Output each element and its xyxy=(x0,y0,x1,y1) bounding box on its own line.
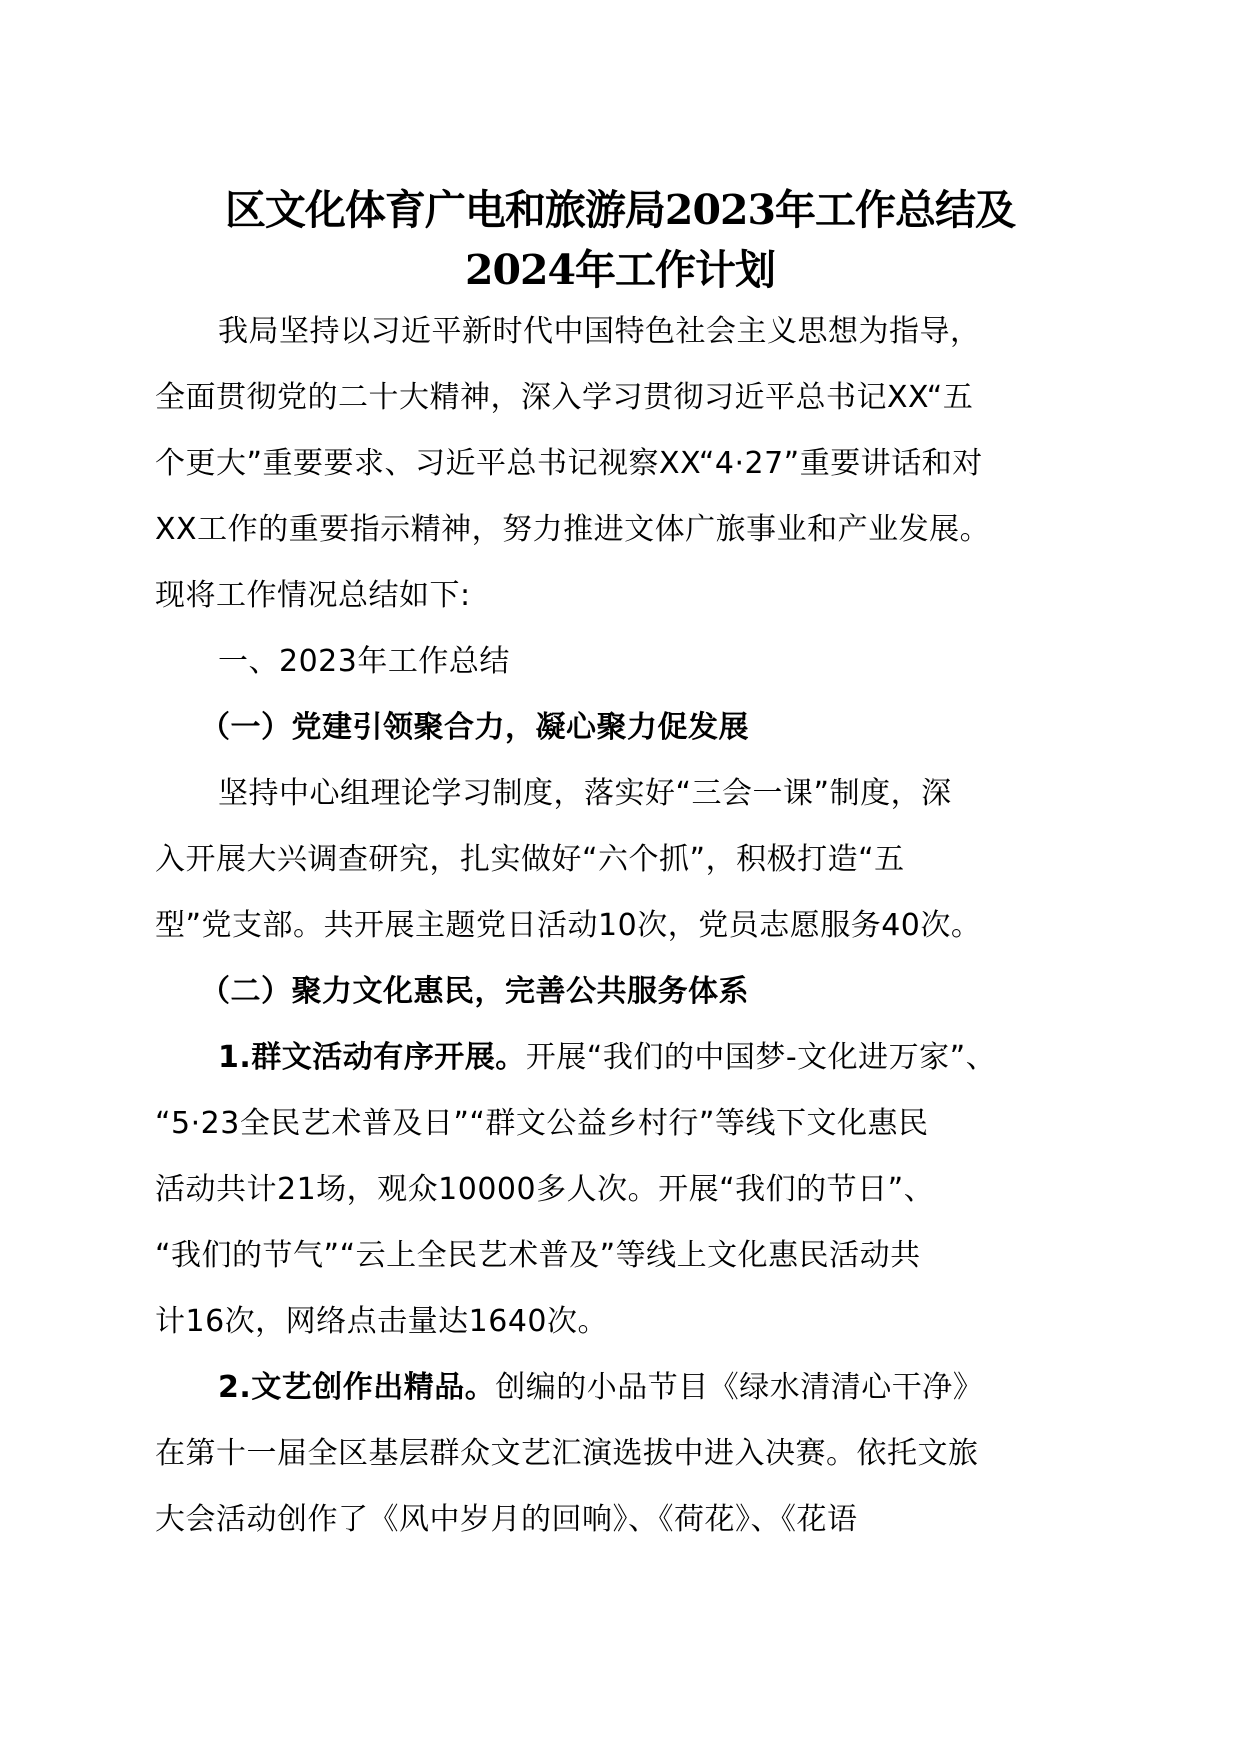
subsection-1-line: 型”党支部。共开展主题党日活动10次，党员志愿服务40次。 xyxy=(155,906,1115,946)
subsection-1-line: 坚持中心组理论学习制度，落实好“三会一课”制度，深 xyxy=(218,774,1178,814)
item-1-lead: 1.群文活动有序开展。 xyxy=(218,1040,526,1075)
item-2-line: 大会活动创作了《风中岁月的回响》、《荷花》、《花语 xyxy=(155,1500,1115,1540)
section-heading: 一、2023年工作总结 xyxy=(218,642,1178,682)
item-1-text: 开展“我们的中国梦-文化进万家”、 xyxy=(526,1040,996,1075)
intro-paragraph-line: XX工作的重要指示精神，努力推进文体广旅事业和产业发展。 xyxy=(155,510,1115,550)
item-1-line: “5·23全民艺术普及日”“群文公益乡村行”等线下文化惠民 xyxy=(155,1104,1115,1144)
item-2-lead: 2.文艺创作出精品。 xyxy=(218,1370,495,1405)
document-title-line-1: 区文化体育广电和旅游局2023年工作总结及 xyxy=(140,180,1100,240)
intro-paragraph-line: 现将工作情况总结如下: xyxy=(155,576,1115,616)
item-2-first-line: 2.文艺创作出精品。创编的小品节目《绿水清清心干净》 xyxy=(218,1368,1178,1408)
intro-paragraph-line: 个更大”重要要求、习近平总书记视察XX“4·27”重要讲话和对 xyxy=(155,444,1115,484)
subsection-heading-1: （一）党建引领聚合力，凝心聚力促发展 xyxy=(200,708,1160,748)
item-2-text: 创编的小品节目《绿水清清心干净》 xyxy=(495,1370,983,1405)
subsection-1-line: 入开展大兴调查研究，扎实做好“六个抓”，积极打造“五 xyxy=(155,840,1115,880)
subsection-heading-2: （二）聚力文化惠民，完善公共服务体系 xyxy=(200,972,1160,1012)
item-1-first-line: 1.群文活动有序开展。开展“我们的中国梦-文化进万家”、 xyxy=(218,1038,1178,1078)
item-1-line: 活动共计21场，观众10000多人次。开展“我们的节日”、 xyxy=(155,1170,1115,1210)
item-1-line: “我们的节气”“云上全民艺术普及”等线上文化惠民活动共 xyxy=(155,1236,1115,1276)
intro-paragraph-line: 全面贯彻党的二十大精神，深入学习贯彻习近平总书记XX“五 xyxy=(155,378,1115,418)
document-page: 区文化体育广电和旅游局2023年工作总结及 2024年工作计划 我局坚持以习近平… xyxy=(0,0,1240,1754)
item-2-line: 在第十一届全区基层群众文艺汇演选拔中进入决赛。依托文旅 xyxy=(155,1434,1115,1474)
item-1-line: 计16次，网络点击量达1640次。 xyxy=(155,1302,1115,1342)
document-title-line-2: 2024年工作计划 xyxy=(140,240,1100,300)
intro-paragraph-line: 我局坚持以习近平新时代中国特色社会主义思想为指导， xyxy=(218,312,1178,352)
